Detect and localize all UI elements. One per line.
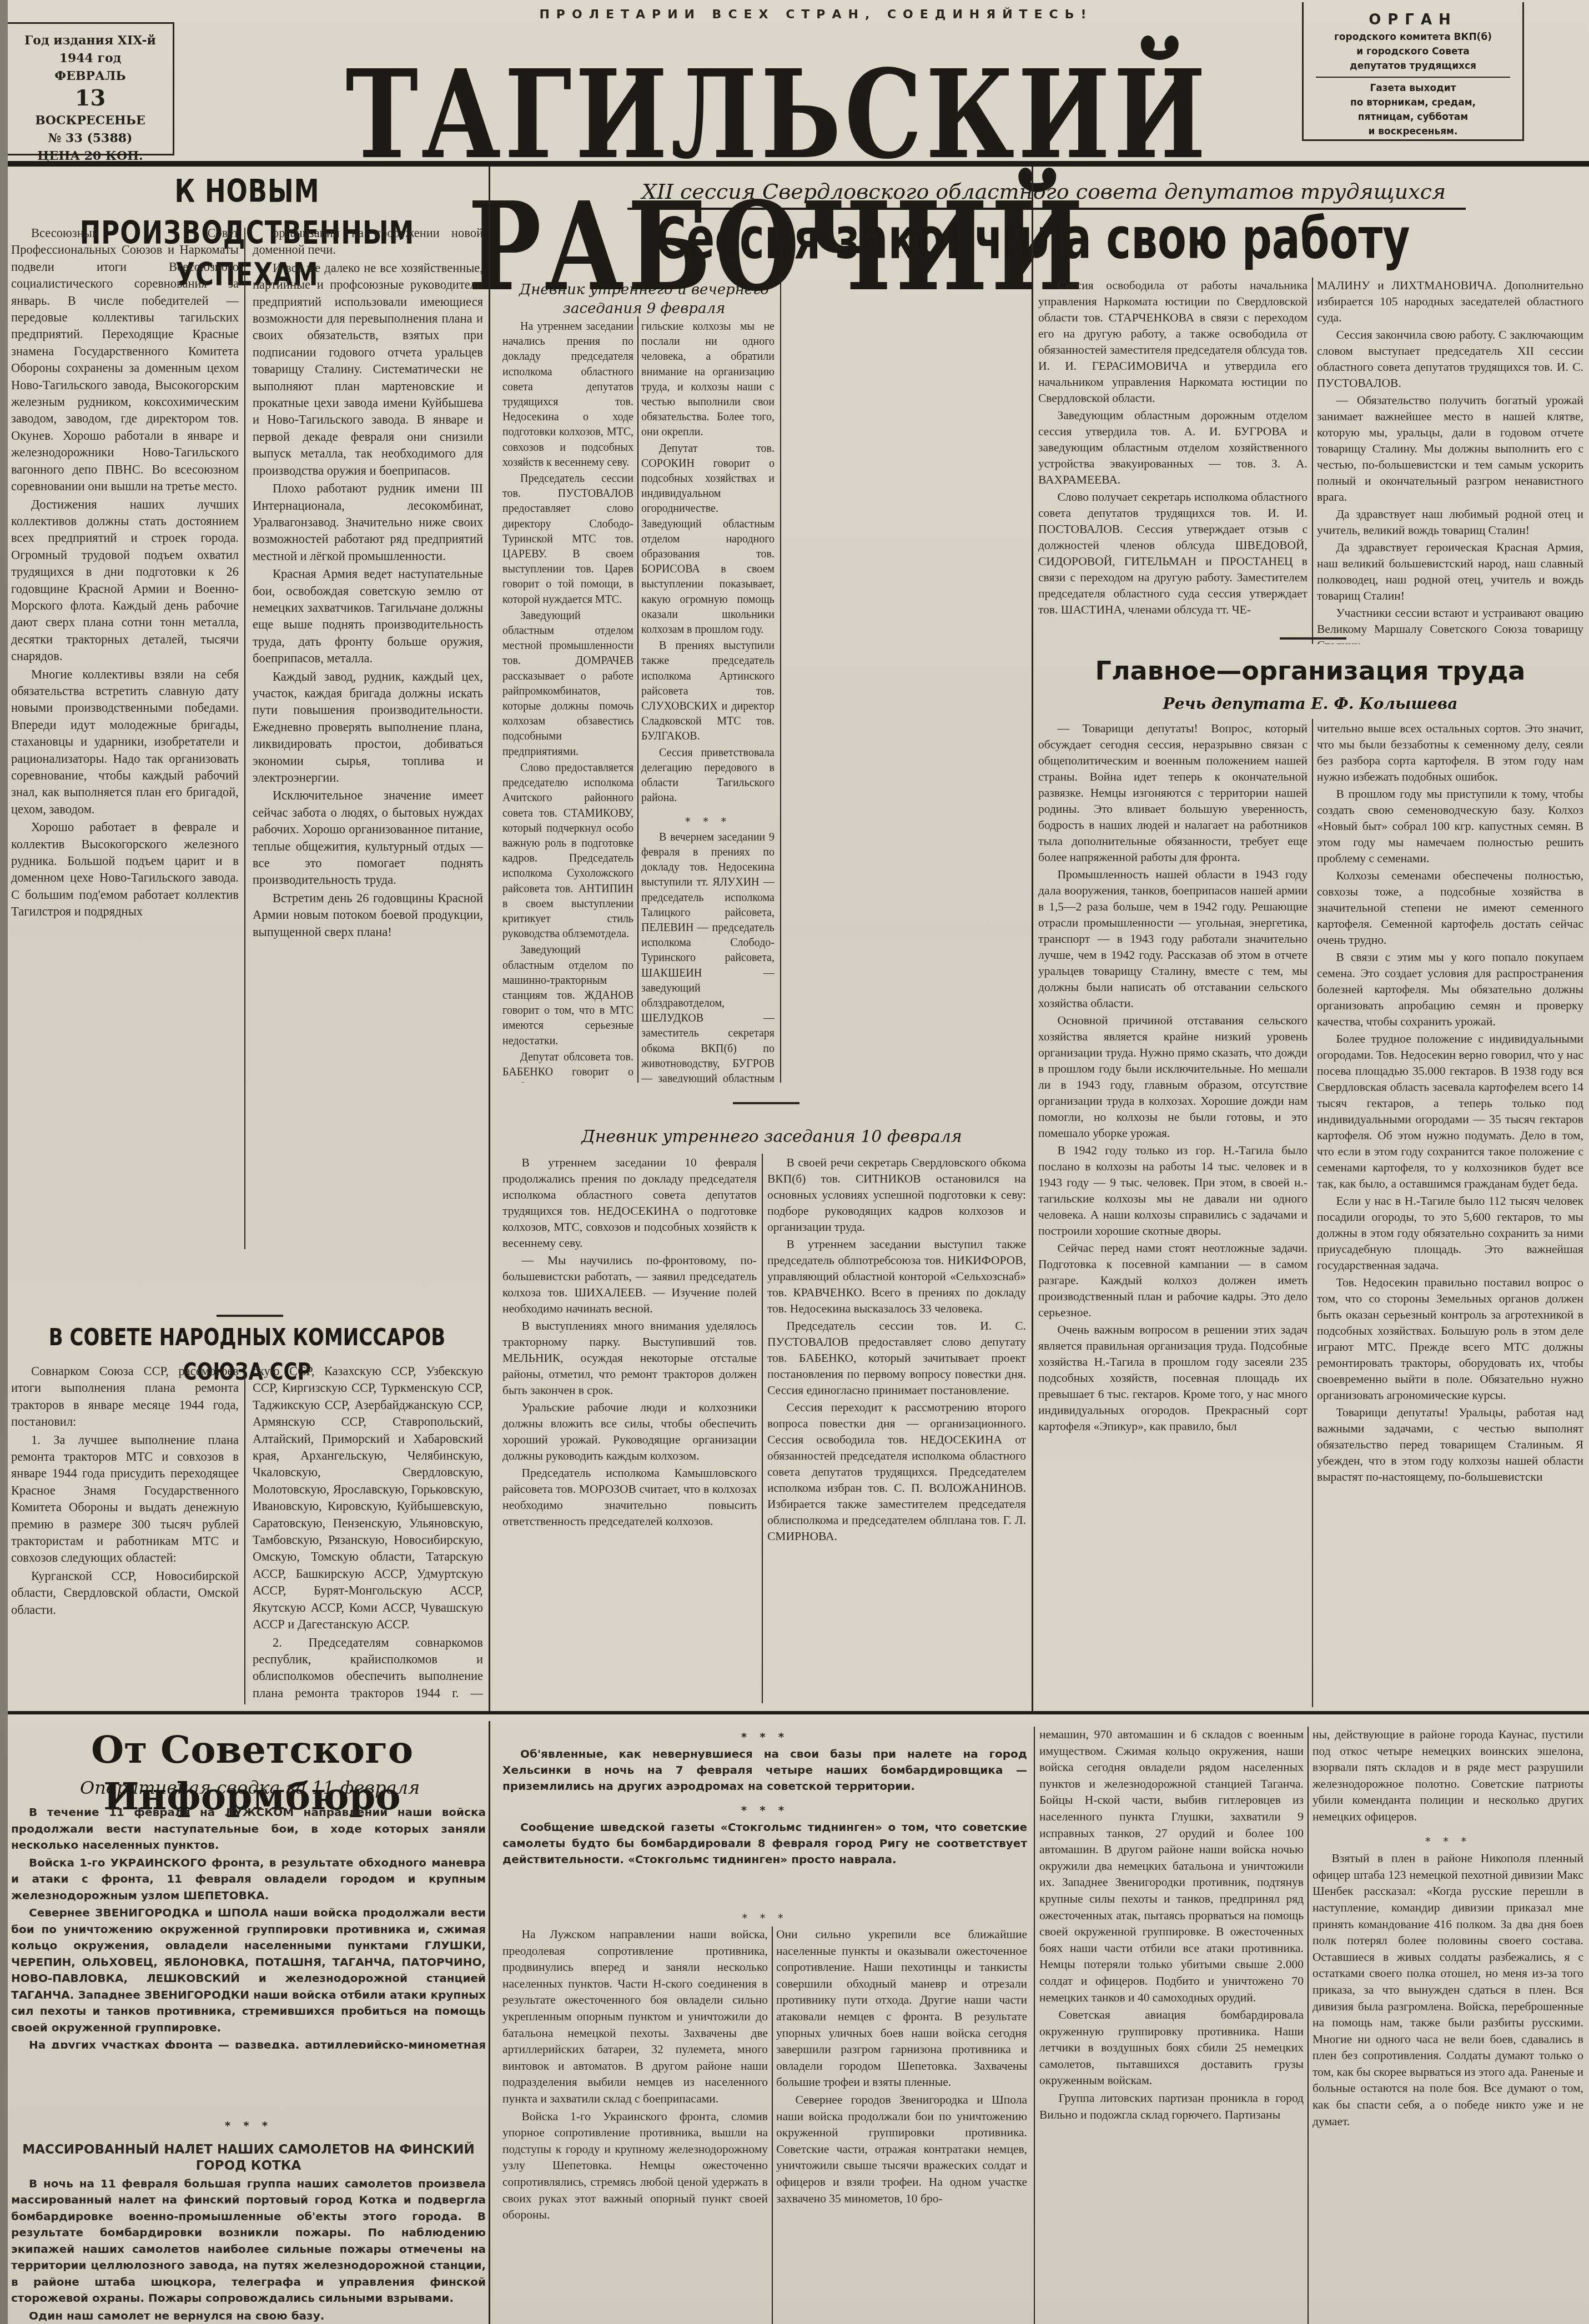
newspaper-page: Год издания XIX-й 1944 год ФЕВРАЛЬ 13 ВО… bbox=[0, 0, 1589, 2324]
column-rule bbox=[244, 1366, 245, 1704]
section-divider bbox=[1280, 637, 1346, 640]
stockholm-note: Сообщение шведской газеты «Стокгольмс ти… bbox=[502, 1819, 1027, 1868]
diary-9-feb-column-2: гильские колхозы мы не послали ни одного… bbox=[641, 319, 775, 1083]
evening-report-column-d: ны, действующие в районе города Каунас, … bbox=[1313, 1727, 1583, 2324]
section-divider bbox=[217, 1315, 283, 1317]
sovinformburo-subtitle: Оперативная сводка за 11 февраля bbox=[33, 1777, 466, 1799]
column-rule bbox=[780, 278, 781, 1083]
helsinki-stockholm-notes: * * * Об'явленные, как невернувшиеся на … bbox=[502, 1721, 1027, 1904]
session-headline: Сессия закончила свою работу bbox=[555, 205, 1510, 272]
publisher-organ-box: ОРГАН городского комитета ВКП(б) и город… bbox=[1302, 2, 1524, 141]
stars-divider: * * * bbox=[11, 2117, 486, 2134]
column-rule bbox=[489, 1721, 490, 2324]
organ-divider bbox=[1316, 77, 1510, 78]
kolyshev-column-1: — Товарищи депутаты! Вопрос, который обс… bbox=[1038, 721, 1308, 1709]
sovnarkom-column-2: скую ССР, Казахскую ССР, Узбекскую ССР, … bbox=[253, 1363, 483, 1704]
schedule-line-1: Газета выходит bbox=[1304, 81, 1522, 95]
stars-divider: * * * bbox=[502, 1802, 1027, 1818]
section-rule bbox=[8, 1711, 1589, 1714]
issue-weekday: ВОСКРЕСЕНЬЕ bbox=[8, 112, 173, 129]
column-rule bbox=[637, 316, 638, 1083]
stars-divider: * * * bbox=[1313, 1833, 1583, 1850]
sovinformburo-report: В течение 11 февраля на ЛУЖСКОМ направле… bbox=[11, 1804, 486, 2049]
stars-divider: * * * bbox=[502, 1729, 1027, 1745]
diary-10-feb-column-2: В своей речи секретарь Свердловского обк… bbox=[767, 1155, 1026, 1704]
session-kicker: XII сессия Свердловского областного сове… bbox=[611, 178, 1477, 205]
issue-number: № 33 (5388) bbox=[8, 129, 173, 147]
organ-line-2: и городского Совета bbox=[1304, 44, 1522, 59]
production-column-2: организаций на сооружении новой доменной… bbox=[253, 225, 483, 1246]
kotka-raid-section: * * * МАССИРОВАННЫЙ НАЛЕТ НАШИХ САМОЛЕТО… bbox=[11, 2110, 486, 2324]
schedule-line-4: и воскресеньям. bbox=[1304, 124, 1522, 139]
evening-report-column-c: немашин, 970 автомашин и 6 складов с вое… bbox=[1039, 1727, 1304, 2324]
section-divider bbox=[733, 1102, 799, 1104]
organ-line-1: городского комитета ВКП(б) bbox=[1304, 30, 1522, 44]
stars-row: * * * bbox=[502, 1902, 1027, 1924]
column-rule bbox=[1312, 719, 1313, 1707]
stars-divider: * * * bbox=[641, 814, 775, 829]
issue-date-box: Год издания XIX-й 1944 год ФЕВРАЛЬ 13 ВО… bbox=[8, 22, 174, 155]
issue-day: 13 bbox=[8, 85, 173, 112]
masthead-rule bbox=[8, 161, 1589, 167]
diary-9-feb-column-1: На утреннем заседании начались прения по… bbox=[502, 319, 633, 1083]
column-rule bbox=[1308, 1727, 1309, 2324]
evening-report-column-b: Они сильно укрепили все ближайшие населе… bbox=[776, 1926, 1027, 2324]
organ-title: ОРГАН bbox=[1304, 10, 1522, 30]
kotka-raid-headline: МАССИРОВАННЫЙ НАЛЕТ НАШИХ САМОЛЕТОВ НА Ф… bbox=[11, 2142, 486, 2175]
column-rule bbox=[1032, 167, 1033, 1713]
organ-line-3: депутатов трудящихся bbox=[1304, 59, 1522, 73]
diary-9-feb-title: Дневник утреннего и вечернего заседания … bbox=[502, 280, 786, 318]
column-rule bbox=[762, 1154, 763, 1703]
kolyshev-headline: Главное—организация труда bbox=[1038, 655, 1582, 686]
session-column-4: МАЛИНУ и ЛИХТМАНОВИЧА. Дополнительно изб… bbox=[1317, 278, 1583, 644]
sovnarkom-column-1: Совнарком Союза ССР, рассмотрев итоги вы… bbox=[11, 1363, 239, 1704]
schedule-line-3: пятницам, субботам bbox=[1304, 110, 1522, 124]
column-rule bbox=[1312, 278, 1313, 644]
kolyshev-byline: Речь депутата Е. Ф. Колышева bbox=[1038, 694, 1582, 714]
session-column-3: Сессия освободила от работы начальника у… bbox=[1038, 278, 1308, 644]
year-of-issue: Год издания XIX-й bbox=[8, 32, 173, 49]
diary-10-feb-title: Дневник утреннего заседания 10 февраля bbox=[555, 1126, 988, 1148]
kolyshev-column-2: чительно выше всех остальных сортов. Это… bbox=[1317, 721, 1583, 1709]
column-rule bbox=[1034, 1727, 1035, 2324]
issue-month: ФЕВРАЛЬ bbox=[8, 67, 173, 85]
issue-year: 1944 год bbox=[8, 49, 173, 67]
column-rule bbox=[489, 167, 490, 1713]
page-binding-edge bbox=[0, 0, 8, 2324]
diary-10-feb-column-1: В утреннем заседании 10 февраля продолжа… bbox=[502, 1155, 757, 1704]
schedule-line-2: по вторникам, средам, bbox=[1304, 95, 1522, 110]
column-rule bbox=[772, 1926, 773, 2324]
masthead-motto: ПРОЛЕТАРИИ ВСЕХ СТРАН, СОЕДИНЯЙТЕСЬ! bbox=[289, 8, 1344, 22]
column-rule bbox=[244, 228, 245, 1249]
helsinki-note: Об'явленные, как невернувшиеся на свои б… bbox=[502, 1746, 1027, 1794]
production-column-1: Всесоюзный Совет Профессиональных Союзов… bbox=[11, 225, 239, 1246]
evening-report-column-a: На Лужском направлении наши войска, прео… bbox=[502, 1926, 768, 2324]
